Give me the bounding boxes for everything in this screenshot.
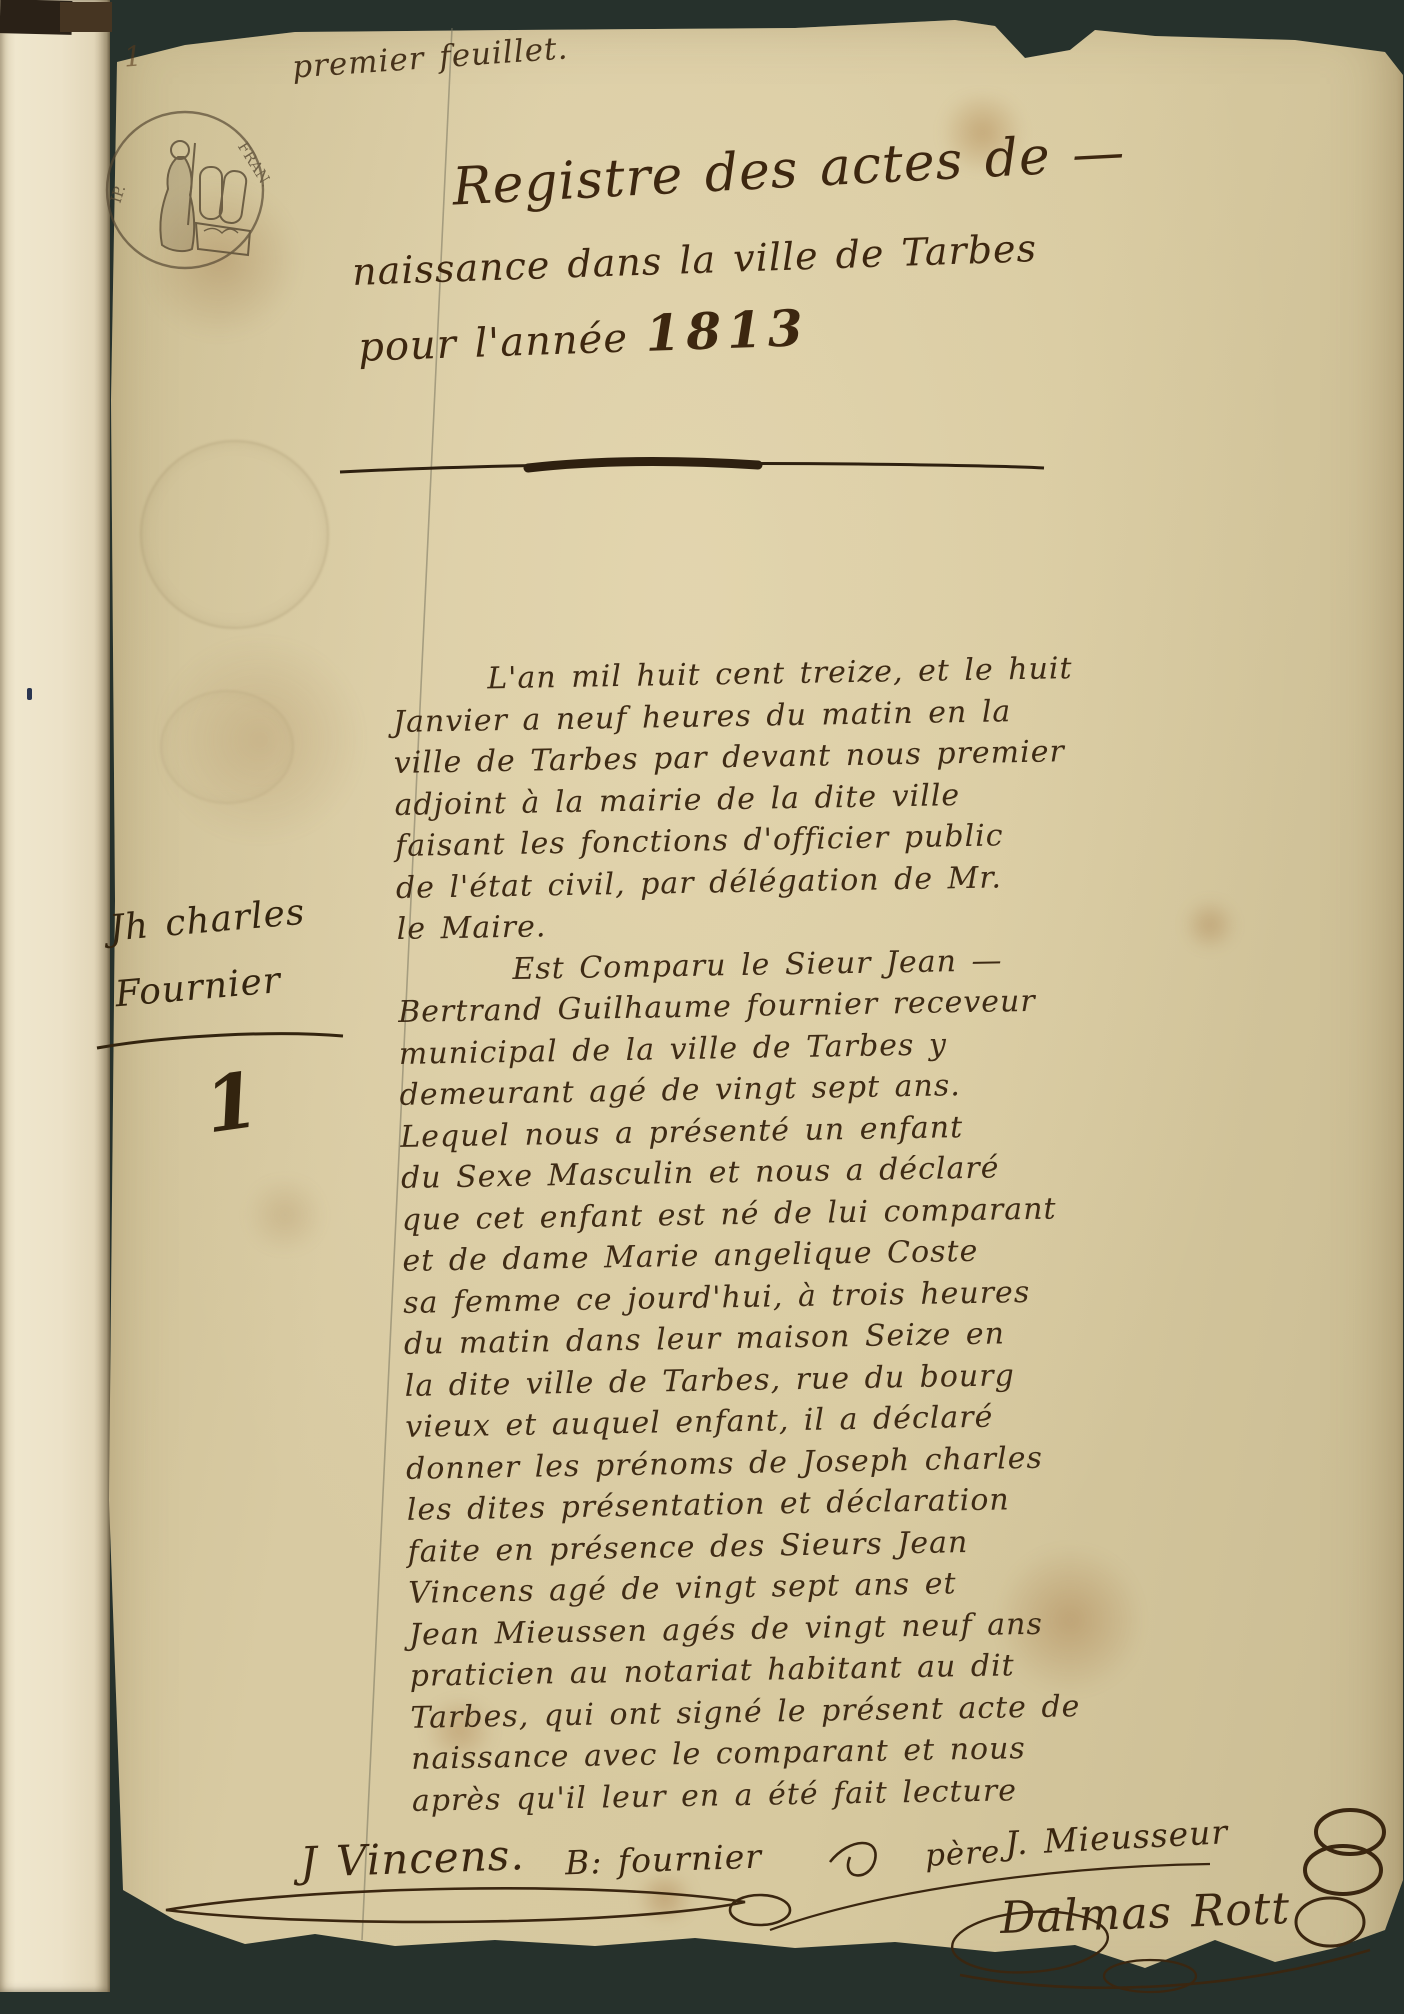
folio-number: 1 (123, 39, 144, 73)
title-year-prefix: pour l'année (357, 315, 628, 370)
title-year: 1813 (644, 298, 809, 363)
svg-text:IP.: IP. (107, 183, 130, 205)
act-body-text: L'an mil huit cent treize, et le huit Ja… (392, 648, 1092, 1822)
signature-father: B: fournier (564, 1837, 762, 1883)
margin-note-name: Jh charles Fournier (107, 880, 314, 1029)
svg-text:FRAN.: FRAN. (234, 139, 270, 190)
scanned-register-page: 1 premier feuillet. IP. FRAN. Registre d… (0, 0, 1404, 2014)
margin-underline (95, 1028, 345, 1054)
signature-flourish-icon (940, 1880, 1400, 2010)
imperial-stamp-icon: IP. FRAN. (100, 105, 270, 275)
signature-flourish-icon (160, 1878, 800, 1958)
divider-line (338, 452, 1048, 486)
